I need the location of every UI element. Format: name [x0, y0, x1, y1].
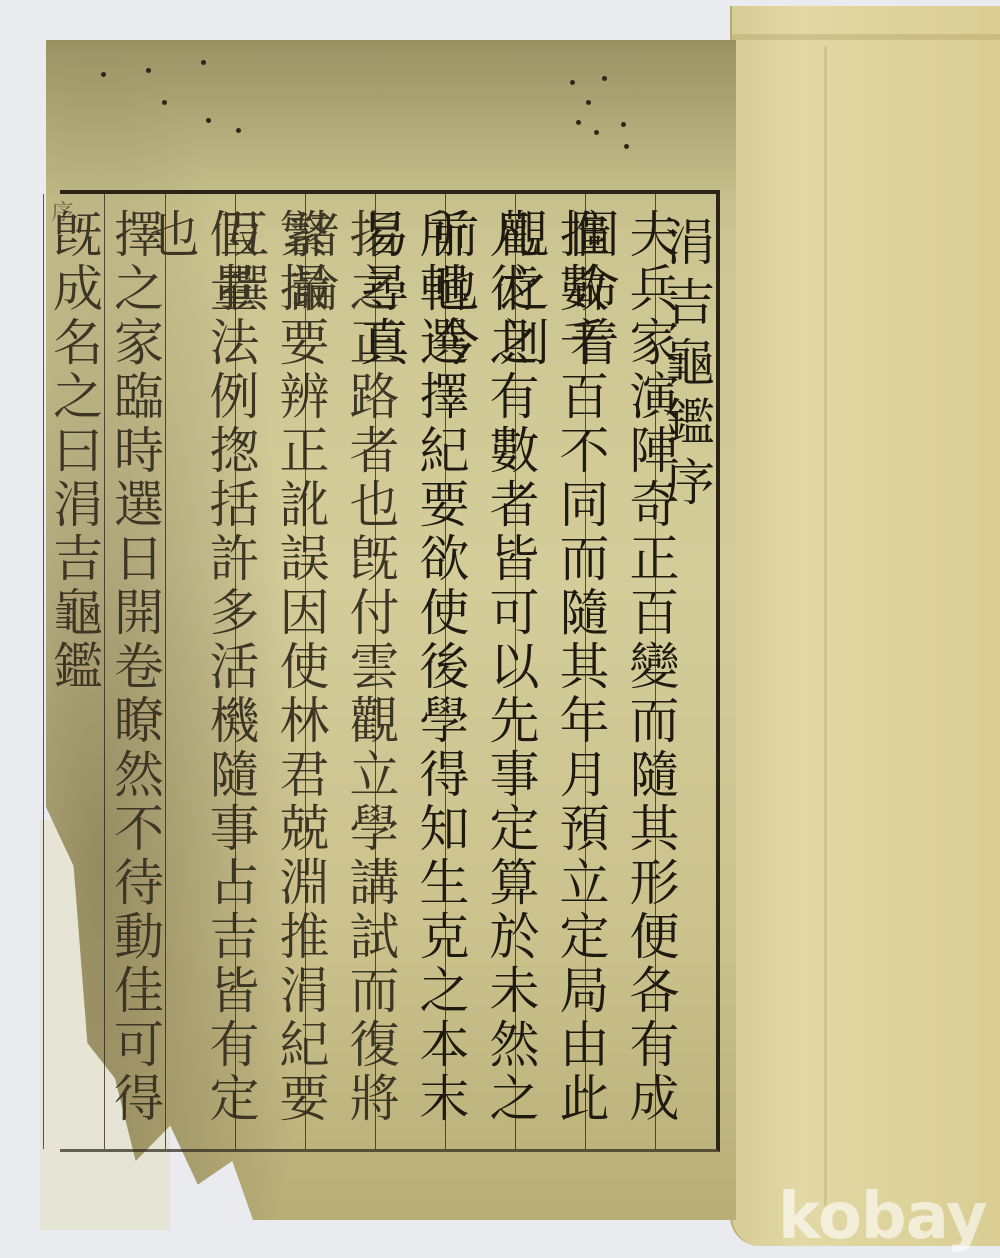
printed-frame: 涓吉龜鑑序 夫兵家演陣奇正百變而隨其形便各有成圖命着 推數千百不同而隨其年月預立… — [60, 190, 720, 1152]
column-title: 涓吉龜鑑序 — [655, 194, 716, 1149]
adjacent-page — [730, 6, 1000, 1246]
column-1: 夫兵家演陣奇正百變而隨其形便各有成圖命着 — [585, 194, 655, 1149]
page-crease — [824, 46, 827, 1206]
text-line: 旣成名之曰涓吉龜鑑 — [44, 194, 104, 1149]
column-9: 旣成名之曰涓吉龜鑑 — [43, 194, 104, 1149]
preface-title: 涓吉龜鑑序 — [656, 194, 716, 1149]
page-fold — [732, 34, 1000, 40]
text-columns: 涓吉龜鑑序 夫兵家演陣奇正百變而隨其形便各有成圖命着 推數千百不同而隨其年月預立… — [60, 194, 716, 1149]
watermark: kobay — [778, 1180, 987, 1254]
